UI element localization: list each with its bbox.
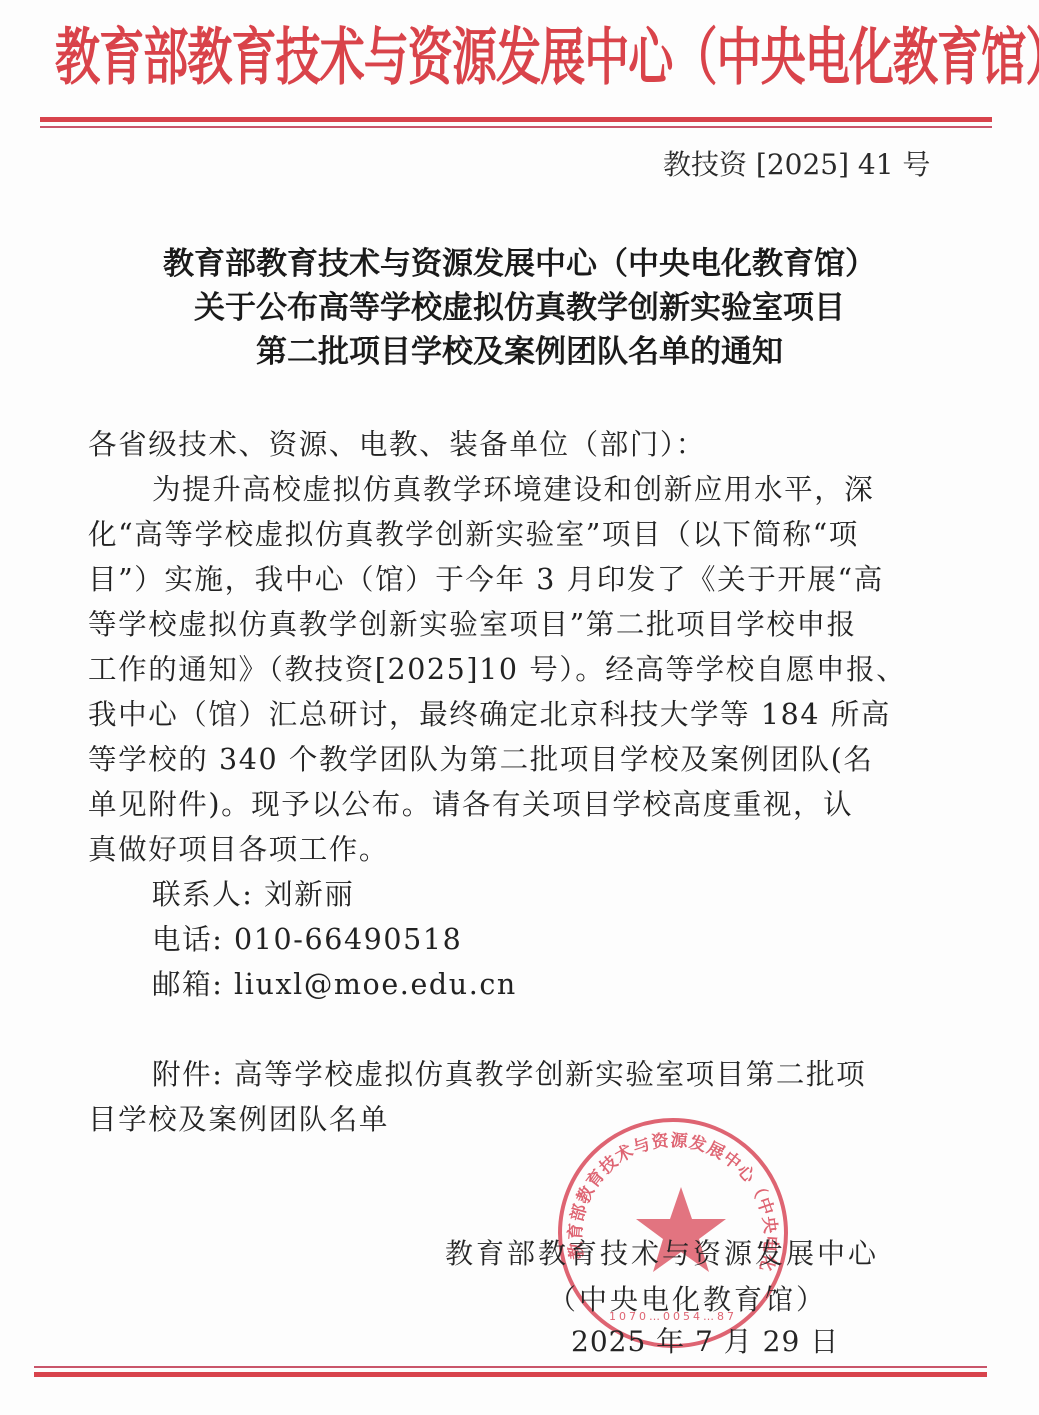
- signature-org: 教育部教育技术与资源发展中心: [445, 1232, 879, 1272]
- body-line-9: 真做好项目各项工作。: [88, 827, 389, 868]
- title-line-2: 关于公布高等学校虚拟仿真教学创新实验室项目: [0, 282, 1039, 327]
- body-line-5: 工作的通知》（教技资[2025]10 号）。经高等学校自愿申报、: [88, 647, 906, 688]
- letterhead-title-text: 教育部教育技术与资源发展中心（中央电化教育馆）函件: [55, 8, 957, 97]
- body-line-4: 等学校虚拟仿真教学创新实验室项目”第二批项目学校申报: [88, 602, 857, 643]
- signature-date: 2025 年 7 月 29 日: [571, 1320, 839, 1360]
- title-line-1: 教育部教育技术与资源发展中心（中央电化教育馆）: [0, 238, 1039, 283]
- body-line-7: 等学校的 340 个教学团队为第二批项目学校及案例团队(名: [88, 737, 874, 778]
- signature-org-alt: （中央电化教育馆）: [548, 1278, 827, 1318]
- document-number: 教技资 [2025] 41 号: [663, 143, 930, 183]
- body-line-2: 化“高等学校虚拟仿真教学创新实验室”项目（以下简称“项: [88, 512, 859, 553]
- header-rule-thick: [40, 117, 992, 122]
- footer-rule-thin: [34, 1366, 987, 1368]
- header-rule-thin: [40, 126, 992, 128]
- body-line-8: 单见附件)。现予以公布。请各有关项目学校高度重视，认: [88, 782, 853, 823]
- letterhead-title: 教育部教育技术与资源发展中心（中央电化教育馆）函件: [55, 18, 975, 88]
- contact-phone: 电话: 010-66490518: [152, 917, 462, 958]
- title-line-3: 第二批项目学校及案例团队名单的通知: [0, 326, 1039, 371]
- attachment-line-2: 目学校及案例团队名单: [88, 1097, 389, 1138]
- body-line-3: 目”）实施，我中心（馆）于今年 3 月印发了《关于开展“高: [88, 557, 884, 598]
- contact-email: 邮箱: liuxl@moe.edu.cn: [152, 962, 517, 1003]
- contact-person: 联系人: 刘新丽: [152, 872, 354, 913]
- salutation: 各省级技术、资源、电教、装备单位（部门）：: [88, 422, 706, 463]
- body-line-1: 为提升高校虚拟仿真教学环境建设和创新应用水平，深: [152, 467, 874, 508]
- footer-rule-thick: [34, 1372, 987, 1377]
- body-line-6: 我中心（馆）汇总研讨，最终确定北京科技大学等 184 所高: [88, 692, 891, 733]
- attachment-line-1: 附件: 高等学校虚拟仿真教学创新实验室项目第二批项: [152, 1052, 866, 1093]
